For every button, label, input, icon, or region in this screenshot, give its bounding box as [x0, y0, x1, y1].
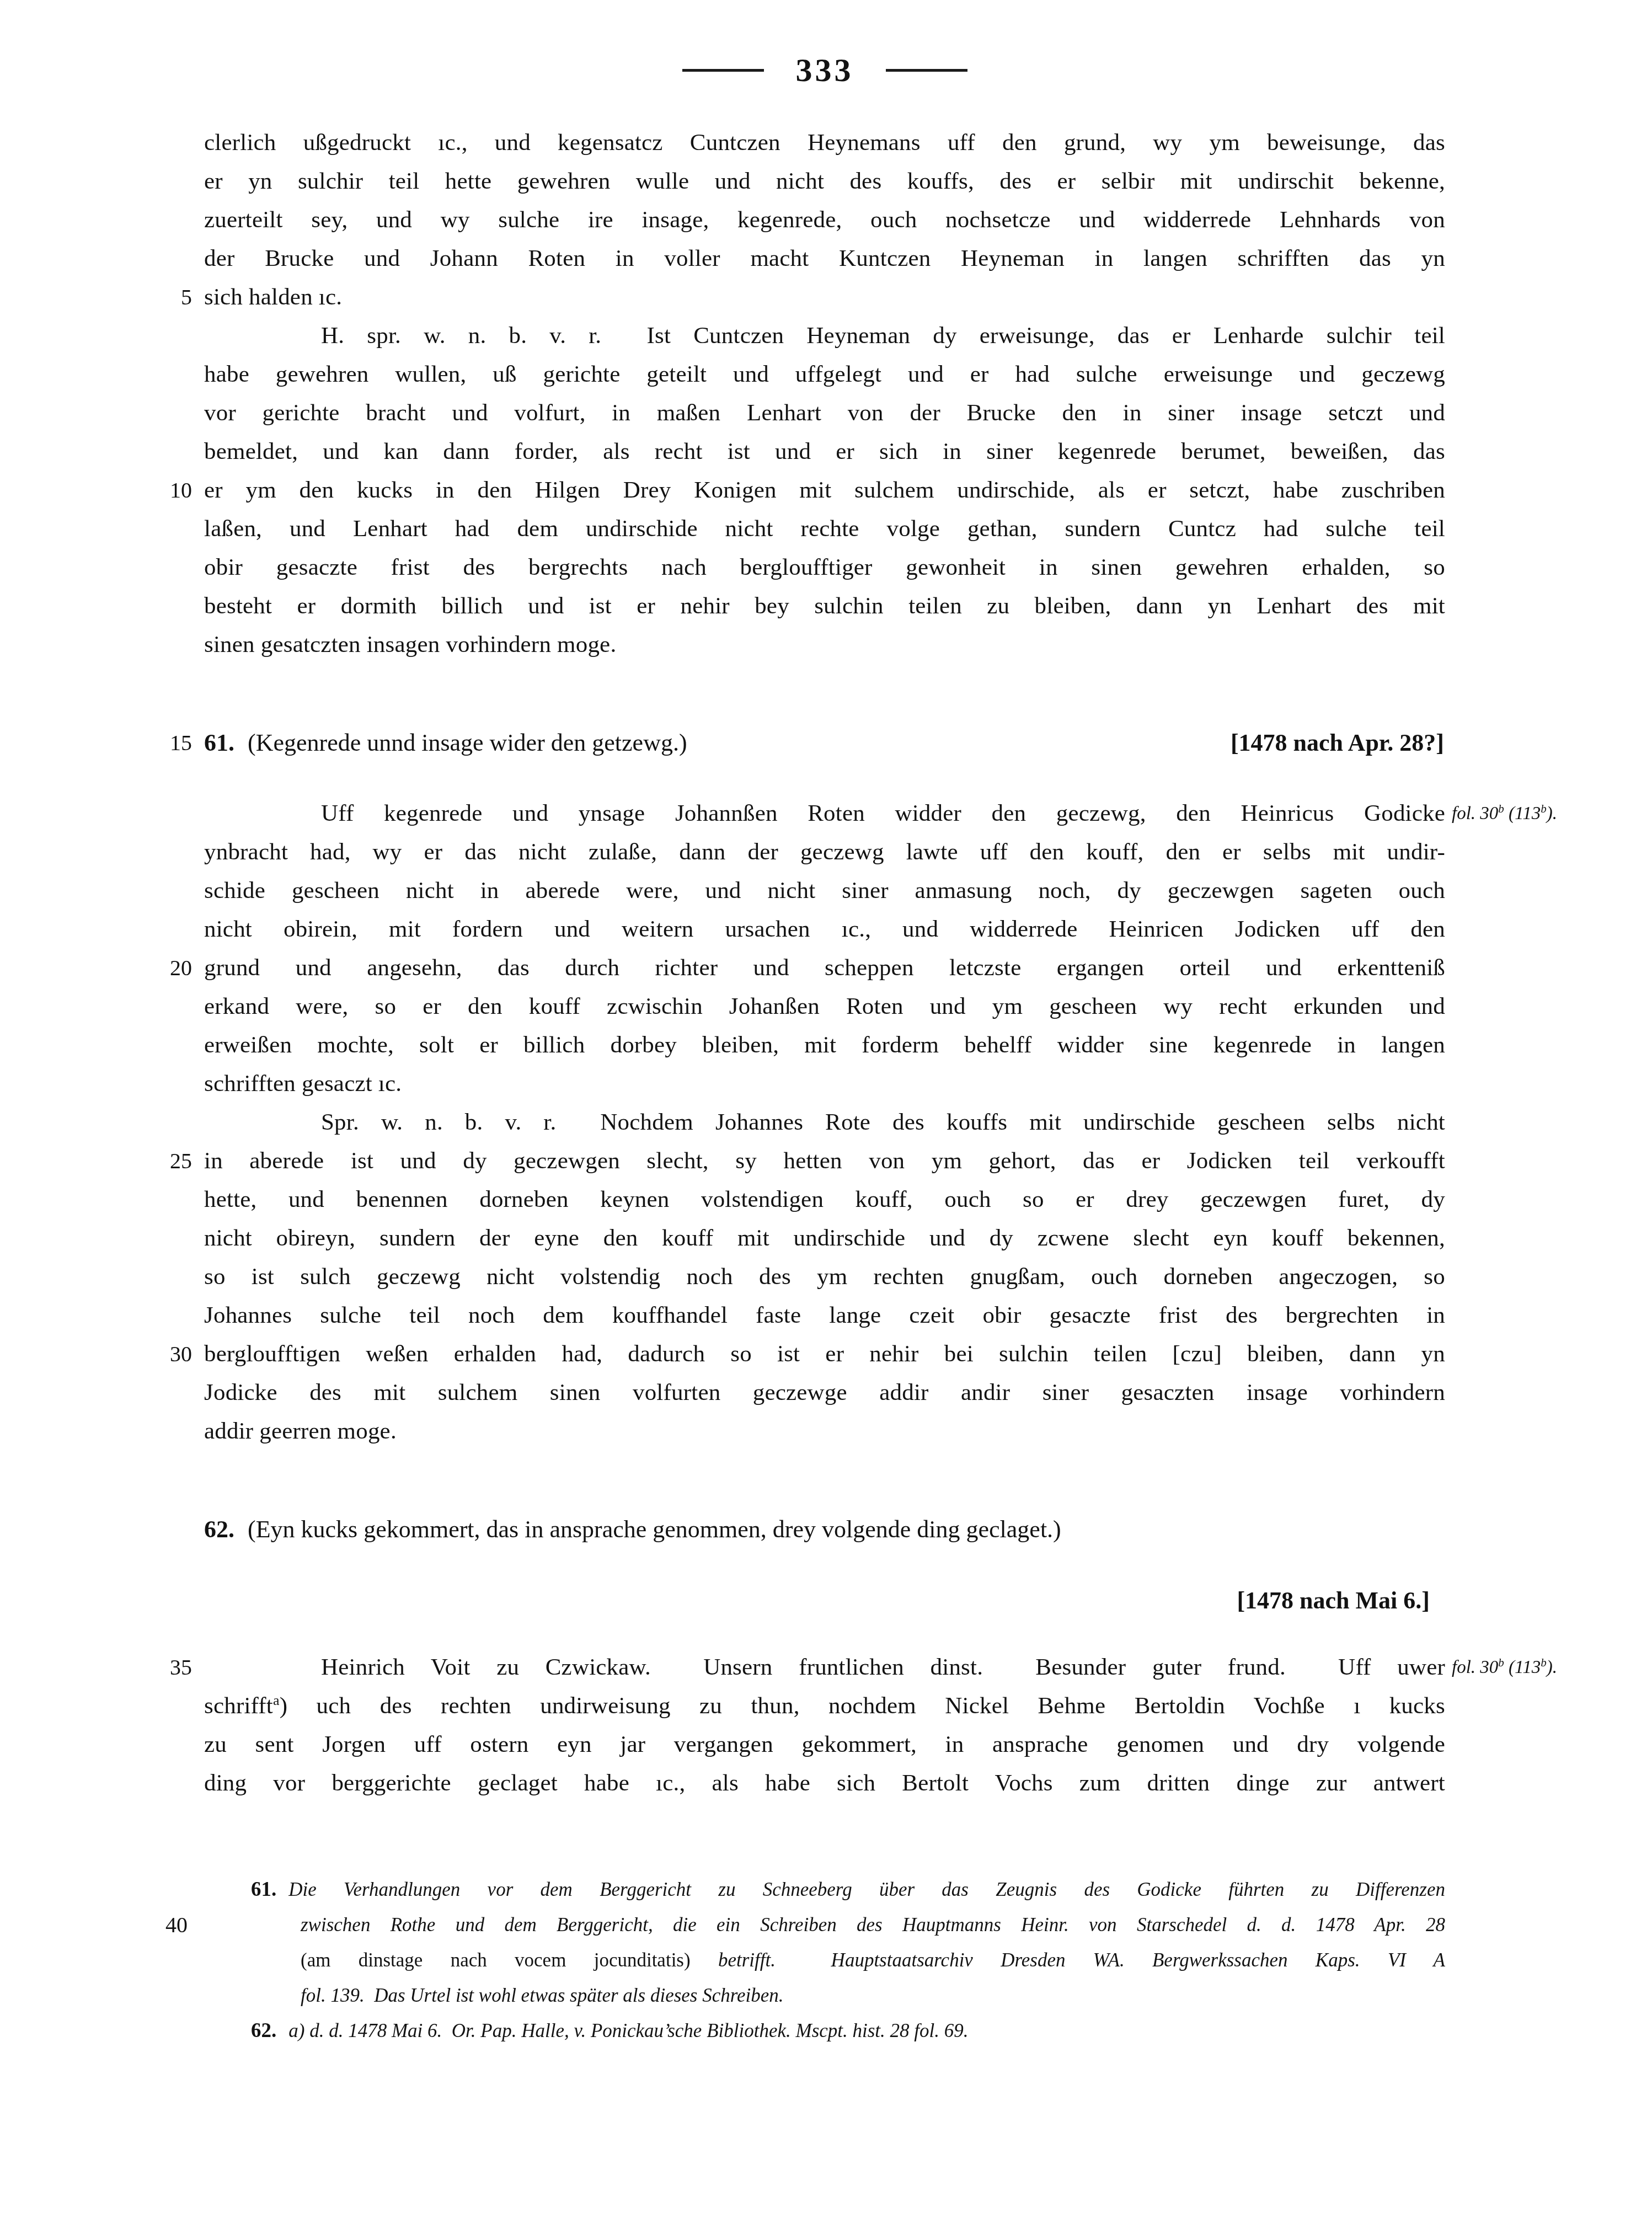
- line-text: ynbracht had, wy er das nicht zulaße, da…: [204, 839, 1445, 865]
- line-text: ) uch des rechten undirweisung zu thun, …: [280, 1693, 1445, 1719]
- line-text: nicht obireyn, sundern der eyne den kouf…: [204, 1225, 1445, 1251]
- line-text: Heinrich Voit zu Czwickaw. Unsern fruntl…: [321, 1654, 1445, 1680]
- line-text: Uff kegenrede und ynsage Johannßen Roten…: [321, 800, 1445, 826]
- line-text: schrifften gesaczt ıc.: [204, 1071, 402, 1097]
- text-line: bemeldet, und kan dann forder, als recht…: [204, 432, 1445, 471]
- section-number: 62.: [204, 1516, 248, 1543]
- line-text: H. spr. w. n. b. v. r. Ist Cuntczen Heyn…: [321, 323, 1445, 349]
- section-number: 61.: [204, 729, 248, 756]
- line-text: obir gesaczte frist des bergrechts nach …: [204, 554, 1445, 580]
- line-text: bergloufftigen weßen erhalden had, dadur…: [204, 1341, 1445, 1367]
- text-line: erkand were, so er den kouff zcwischin J…: [204, 987, 1445, 1026]
- footnote-line: 40zwischen Rothe und dem Berggericht, di…: [301, 1907, 1445, 1943]
- page-number-rule-left: [682, 69, 764, 72]
- text-line: habe gewehren wullen, uß gerichte geteil…: [204, 355, 1445, 394]
- text-line: Johannes sulche teil noch dem kouffhande…: [204, 1296, 1445, 1335]
- line-text: der Brucke und Johann Roten in voller ma…: [204, 245, 1445, 271]
- text-line: schide gescheen nicht in aberede were, u…: [204, 872, 1445, 910]
- section-date: [1478 nach Apr. 28?]: [1231, 724, 1444, 762]
- paragraph: Uff kegenrede und ynsage Johannßen Roten…: [204, 794, 1445, 1103]
- line-text: addir geerren moge.: [204, 1418, 397, 1444]
- line-text: vor gerichte bracht und volfurt, in maße…: [204, 400, 1445, 426]
- text-line: addir geerren moge.: [204, 1412, 1445, 1451]
- line-text: erweißen mochte, solt er billich dorbey …: [204, 1032, 1445, 1058]
- paragraph: H. spr. w. n. b. v. r. Ist Cuntczen Heyn…: [204, 317, 1445, 664]
- text-line: besteht er dormith billich und ist er ne…: [204, 587, 1445, 626]
- line-text: erkand were, so er den kouff zcwischin J…: [204, 993, 1445, 1019]
- margin-line-number: 25: [170, 1142, 192, 1180]
- line-text: clerlich ußgedruckt ıc., und kegensatcz …: [204, 130, 1445, 156]
- section-heading: 1561.(Kegenrede unnd insage wider den ge…: [204, 724, 1445, 762]
- text-line: ynbracht had, wy er das nicht zulaße, da…: [204, 833, 1445, 872]
- line-text: zuerteilt sey, und wy sulche ire insage,…: [204, 207, 1445, 233]
- line-text: zu sent Jorgen uff ostern eyn jar vergan…: [204, 1731, 1445, 1757]
- page-content: 333 clerlich ußgedruckt ıc., und kegensa…: [204, 49, 1445, 2049]
- text-line: zu sent Jorgen uff ostern eyn jar vergan…: [204, 1725, 1445, 1764]
- text-line: Spr. w. n. b. v. r. Nochdem Johannes Rot…: [204, 1103, 1445, 1142]
- text-line: nicht obireyn, sundern der eyne den kouf…: [204, 1219, 1445, 1258]
- line-text: schrifft: [204, 1693, 273, 1719]
- folio-note-part: ).: [1547, 1658, 1557, 1677]
- page-number-rule-right: [886, 69, 967, 72]
- folio-note-part: fol. 30: [1452, 1658, 1498, 1677]
- section-caption: (Eyn kucks gekommert, das in ansprache g…: [248, 1516, 1061, 1543]
- margin-line-number: 10: [170, 471, 192, 510]
- line-text: er yn sulchir teil hette gewehren wulle …: [204, 168, 1445, 194]
- text-line: der Brucke und Johann Roten in voller ma…: [204, 239, 1445, 278]
- margin-line-number: 20: [170, 949, 192, 987]
- footnote-marker: a: [273, 1692, 280, 1708]
- line-text: sich halden ıc.: [204, 284, 342, 310]
- line-text: grund und angesehn, das durch richter un…: [204, 955, 1445, 981]
- text-line: zuerteilt sey, und wy sulche ire insage,…: [204, 201, 1445, 239]
- text-line: clerlich ußgedruckt ıc., und kegensatcz …: [204, 124, 1445, 162]
- text-line: 30bergloufftigen weßen erhalden had, dad…: [204, 1335, 1445, 1373]
- margin-line-number: 35: [170, 1648, 192, 1687]
- text-line: obir gesaczte frist des bergrechts nach …: [204, 548, 1445, 587]
- footnote-text: (am dinstage nach vocem jocunditatis): [301, 1949, 718, 1971]
- folio-note-part: fol. 30: [1452, 804, 1498, 824]
- folio-margin-note: fol. 30b (113b).: [1452, 795, 1557, 832]
- text-line: 20grund und angesehn, das durch richter …: [204, 949, 1445, 987]
- paragraph: 35Heinrich Voit zu Czwickaw. Unsern frun…: [204, 1648, 1445, 1803]
- text-line: Jodicke des mit sulchem sinen volfurten …: [204, 1373, 1445, 1412]
- folio-superscript: b: [1541, 1656, 1547, 1669]
- line-text: Johannes sulche teil noch dem kouffhande…: [204, 1302, 1445, 1328]
- text-line: H. spr. w. n. b. v. r. Ist Cuntczen Heyn…: [204, 317, 1445, 355]
- text-line: schrifften gesaczt ıc.: [204, 1065, 1445, 1103]
- text-line: 35Heinrich Voit zu Czwickaw. Unsern frun…: [204, 1648, 1445, 1687]
- folio-margin-note: fol. 30b (113b).: [1452, 1649, 1557, 1686]
- text-line: Uff kegenrede und ynsage Johannßen Roten…: [204, 794, 1445, 833]
- footnote-text: fol. 139. Das Urtel ist wohl etwas späte…: [301, 1985, 784, 2006]
- scanned-page: 333 clerlich ußgedruckt ıc., und kegensa…: [0, 0, 1652, 2229]
- text-line: ding vor berggerichte geclaget habe ıc.,…: [204, 1764, 1445, 1803]
- page-number: 333: [796, 51, 854, 89]
- footnote-line: (am dinstage nach vocem jocunditatis) be…: [301, 1943, 1445, 1978]
- line-text: bemeldet, und kan dann forder, als recht…: [204, 439, 1445, 464]
- line-text: in aberede ist und dy geczewgen slecht, …: [204, 1148, 1445, 1174]
- line-text: so ist sulch geczewg nicht volstendig no…: [204, 1264, 1445, 1290]
- text-line: vor gerichte bracht und volfurt, in maße…: [204, 394, 1445, 432]
- footnote-line: fol. 139. Das Urtel ist wohl etwas späte…: [301, 1978, 1445, 2013]
- line-text: laßen, und Lenhart had dem undirschide n…: [204, 516, 1445, 542]
- text-line: sinen gesatczten insagen vorhindern moge…: [204, 626, 1445, 664]
- footnote-number: 62.: [251, 2019, 288, 2042]
- footnote-number: 61.: [251, 1878, 288, 1901]
- line-text: Spr. w. n. b. v. r. Nochdem Johannes Rot…: [321, 1109, 1445, 1135]
- folio-superscript: b: [1498, 802, 1504, 815]
- folio-superscript: b: [1498, 1656, 1504, 1669]
- folio-note-part: ).: [1547, 804, 1557, 824]
- line-text: sinen gesatczten insagen vorhindern moge…: [204, 632, 616, 658]
- margin-line-number: 40: [165, 1907, 188, 1943]
- folio-note-part: (113: [1504, 1658, 1541, 1677]
- text-line: er yn sulchir teil hette gewehren wulle …: [204, 162, 1445, 201]
- page-header: 333: [204, 49, 1445, 92]
- footnote-line: 61.Die Verhandlungen vor dem Berggericht…: [251, 1872, 1445, 1907]
- line-text: Jodicke des mit sulchem sinen volfurten …: [204, 1380, 1445, 1405]
- folio-superscript: b: [1541, 802, 1547, 815]
- folio-note-part: (113: [1504, 804, 1541, 824]
- text-line: hette, und benennen dorneben keynen vols…: [204, 1180, 1445, 1219]
- footnote-text: betrifft. Hauptstaatsarchiv Dresden WA. …: [718, 1949, 1445, 1971]
- text-line: 10er ym den kucks in den Hilgen Drey Kon…: [204, 471, 1445, 510]
- footnotes: 61.Die Verhandlungen vor dem Berggericht…: [204, 1872, 1445, 2049]
- line-text: nicht obirein, mit fordern und weitern u…: [204, 916, 1445, 942]
- margin-line-number: 30: [170, 1335, 192, 1373]
- text-line: schriffta) uch des rechten undirweisung …: [204, 1687, 1445, 1725]
- section-date-line: [1478 nach Mai 6.]: [204, 1581, 1445, 1621]
- text-line: laßen, und Lenhart had dem undirschide n…: [204, 510, 1445, 548]
- text-column: clerlich ußgedruckt ıc., und kegensatcz …: [204, 124, 1445, 1803]
- section-heading: 62.(Eyn kucks gekommert, das in ansprach…: [204, 1510, 1445, 1549]
- paragraph: Spr. w. n. b. v. r. Nochdem Johannes Rot…: [204, 1103, 1445, 1451]
- line-text: schide gescheen nicht in aberede were, u…: [204, 878, 1445, 904]
- paragraph: clerlich ußgedruckt ıc., und kegensatcz …: [204, 124, 1445, 317]
- footnote-line: 62.a) d. d. 1478 Mai 6. Or. Pap. Halle, …: [251, 2013, 1445, 2049]
- text-line: erweißen mochte, solt er billich dorbey …: [204, 1026, 1445, 1065]
- footnote-text: Die Verhandlungen vor dem Berggericht zu…: [288, 1879, 1445, 1900]
- text-line: nicht obirein, mit fordern und weitern u…: [204, 910, 1445, 949]
- text-line: 5sich halden ıc.: [204, 278, 1445, 317]
- line-text: ding vor berggerichte geclaget habe ıc.,…: [204, 1770, 1445, 1796]
- line-text: hette, und benennen dorneben keynen vols…: [204, 1186, 1445, 1212]
- line-text: er ym den kucks in den Hilgen Drey Konig…: [204, 477, 1445, 503]
- text-line: so ist sulch geczewg nicht volstendig no…: [204, 1258, 1445, 1296]
- line-text: besteht er dormith billich und ist er ne…: [204, 593, 1445, 619]
- section-caption: (Kegenrede unnd insage wider den getzewg…: [248, 729, 687, 756]
- margin-line-number: 5: [181, 278, 192, 317]
- line-text: habe gewehren wullen, uß gerichte geteil…: [204, 361, 1445, 387]
- margin-line-number: 15: [170, 724, 192, 762]
- section-date: [1478 nach Mai 6.]: [1237, 1587, 1430, 1614]
- footnote-text: a) d. d. 1478 Mai 6. Or. Pap. Halle, v. …: [288, 2020, 968, 2041]
- text-line: 25in aberede ist und dy geczewgen slecht…: [204, 1142, 1445, 1180]
- footnote-text: zwischen Rothe und dem Berggericht, die …: [301, 1914, 1445, 1936]
